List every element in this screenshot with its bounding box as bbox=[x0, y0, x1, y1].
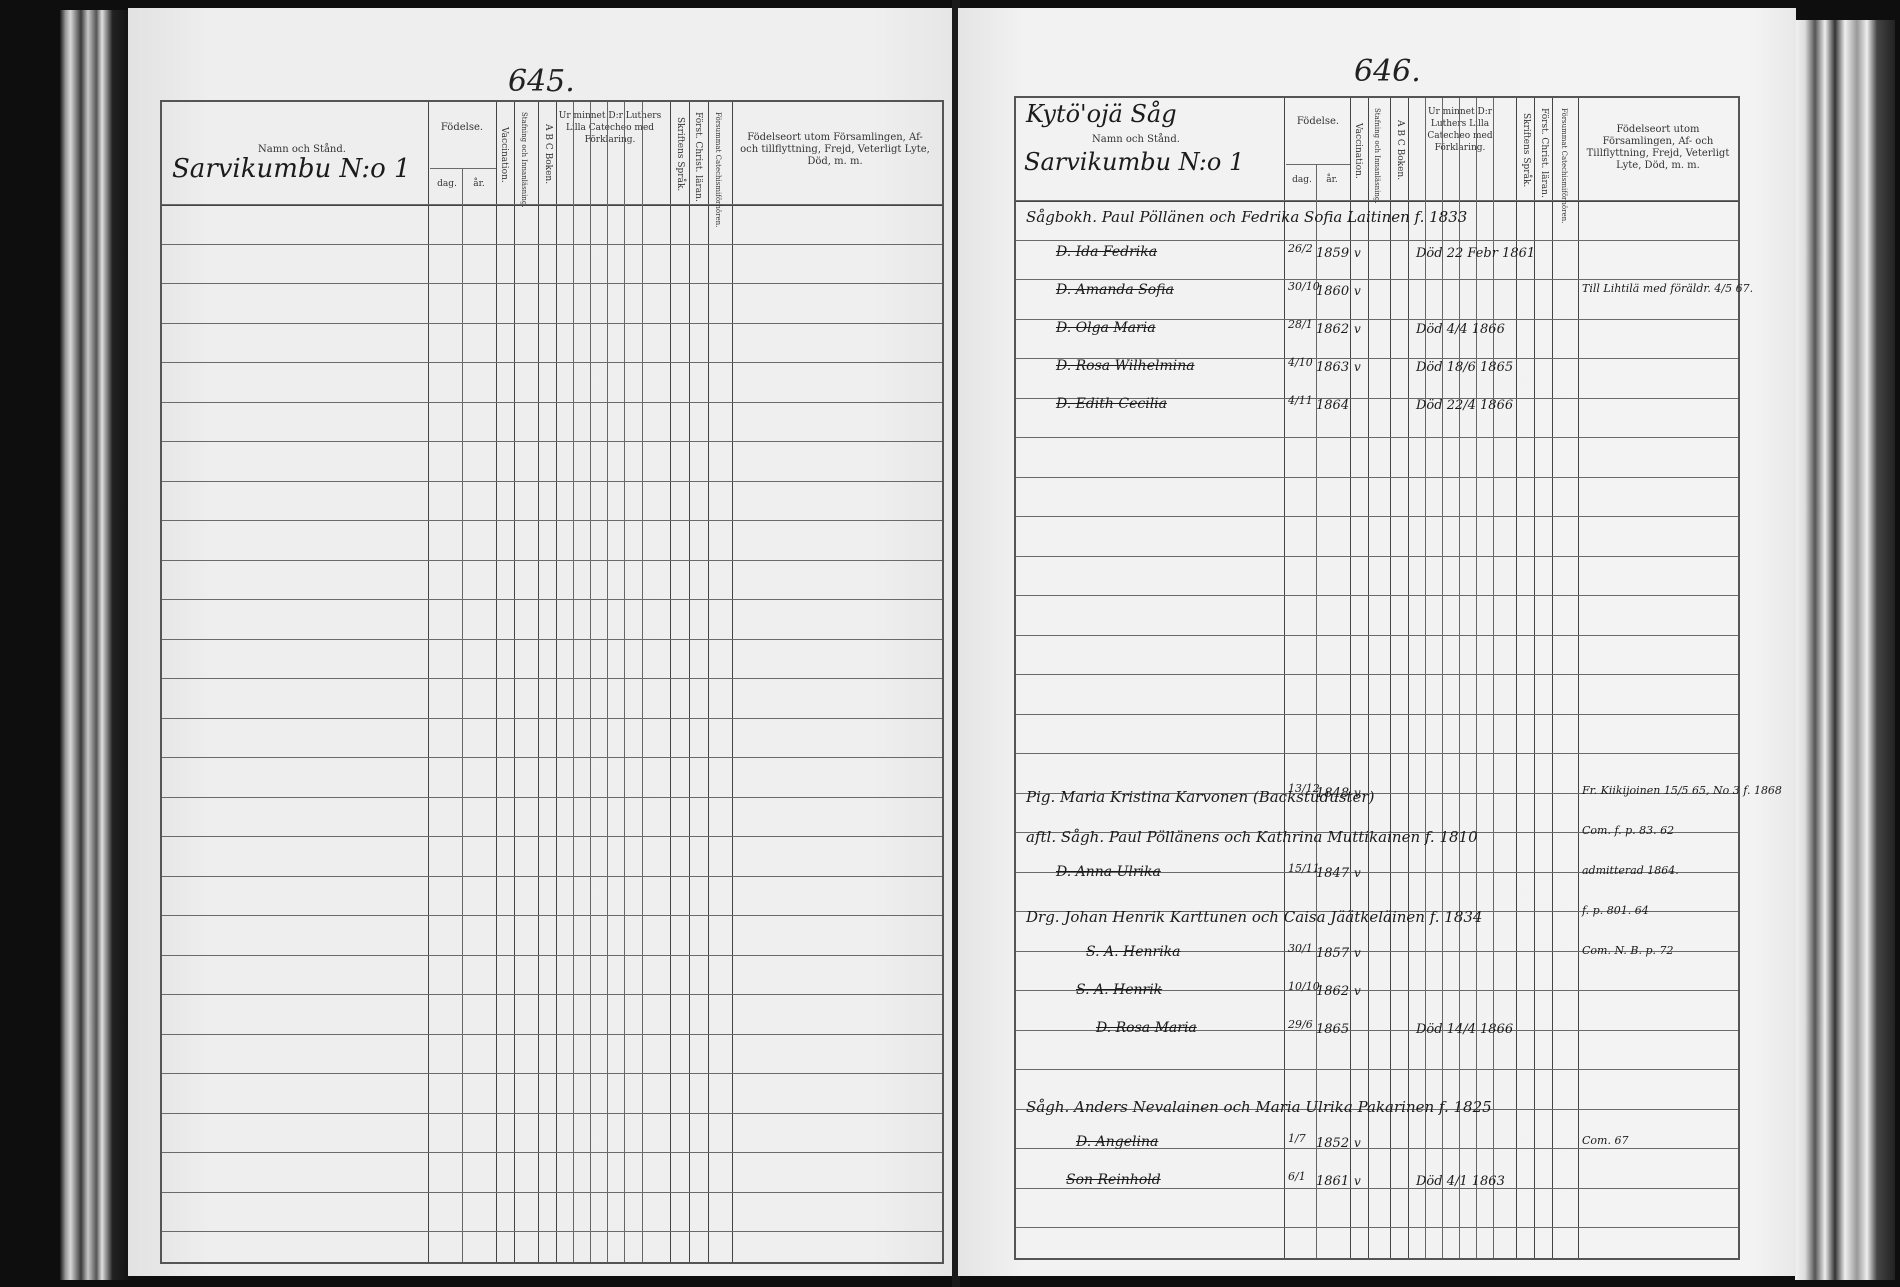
entry-birth-year: 1857 bbox=[1316, 946, 1349, 961]
entry-birth-year: 1862 bbox=[1316, 984, 1349, 999]
ruled-line bbox=[162, 204, 942, 205]
ruled-line bbox=[162, 1113, 942, 1114]
entry-name: D. Olga Maria bbox=[1056, 320, 1156, 336]
entry-birth-day: 26/2 bbox=[1288, 242, 1313, 255]
entry-vaccination: v bbox=[1354, 984, 1361, 998]
header-birth-day: dag. bbox=[1288, 174, 1316, 186]
ruled-line bbox=[162, 639, 942, 640]
entry-name: D. Edith Cecilia bbox=[1056, 396, 1167, 412]
ruled-line bbox=[162, 876, 942, 877]
household-heading: Sarvikumbu N:o 1 bbox=[172, 154, 411, 184]
header-missed: Försummat Catechismiförhören. bbox=[1558, 108, 1570, 193]
ruled-line bbox=[1016, 516, 1738, 517]
ruled-line bbox=[162, 520, 942, 521]
entry-remarks: f. p. 801. 64 bbox=[1582, 904, 1649, 917]
header-birth: Födelse. bbox=[1288, 116, 1348, 128]
ruled-line bbox=[162, 1073, 942, 1074]
header-birth: Födelse. bbox=[432, 122, 492, 134]
entry-name: S. A. Henrik bbox=[1076, 982, 1162, 998]
header-vaccination: Vaccination. bbox=[1352, 108, 1364, 193]
ruled-line bbox=[162, 797, 942, 798]
ruled-line bbox=[162, 560, 942, 561]
ruled-line bbox=[1016, 200, 1738, 201]
ruled-line bbox=[162, 323, 942, 324]
entry-vaccination: v bbox=[1354, 1136, 1361, 1150]
ruled-line bbox=[162, 441, 942, 442]
entry-vaccination: v bbox=[1354, 946, 1361, 960]
ruled-line bbox=[162, 362, 942, 363]
entry-birth-year: 1862 bbox=[1316, 322, 1349, 337]
entry-remarks: Fr. Kiikijoinen 15/5 65, No 3 f. 1868 bbox=[1582, 784, 1782, 797]
page-number: 645. bbox=[508, 64, 575, 99]
entry-remarks: Com. N. B. p. 72 bbox=[1582, 944, 1674, 957]
header-reading: Stafning och Innanläsning. bbox=[518, 112, 530, 197]
ruled-line bbox=[1016, 556, 1738, 557]
ruled-line bbox=[1016, 240, 1738, 241]
entry-name: D. Amanda Sofia bbox=[1056, 282, 1174, 298]
page-number: 646. bbox=[1354, 54, 1421, 89]
entry-vaccination: v bbox=[1354, 866, 1361, 880]
ruled-line bbox=[1016, 279, 1738, 280]
ruled-line bbox=[162, 955, 942, 956]
household-heading: Sarvikumbu N:o 1 bbox=[1024, 148, 1244, 176]
ruled-line bbox=[1016, 595, 1738, 596]
entry-vaccination: v bbox=[1354, 246, 1361, 260]
ruled-line bbox=[1016, 1227, 1738, 1228]
entry-birth-year: 1852 bbox=[1316, 1136, 1349, 1151]
left-page: 645. Namn och Stånd. Födelse. dag. år. V… bbox=[128, 8, 954, 1276]
entry-birth-year: 1860 bbox=[1316, 284, 1349, 299]
entry-name: D. Angelina bbox=[1076, 1134, 1158, 1150]
header-christian: Först. Christ. läran. bbox=[1538, 108, 1550, 193]
entry-vaccination: v bbox=[1354, 786, 1361, 800]
ruled-line bbox=[1016, 674, 1738, 675]
entry-birth-day: 30/1 bbox=[1288, 942, 1313, 955]
header-name: Namn och Stånd. bbox=[1056, 134, 1216, 146]
header-abc: A B C Boken. bbox=[542, 112, 554, 197]
entry-birth-day: 6/1 bbox=[1288, 1170, 1306, 1183]
entry-name: Son Reinhold bbox=[1066, 1172, 1161, 1188]
entry-notes: Död 4/1 1863 bbox=[1416, 1174, 1505, 1189]
entry-birth-day: 30/10 bbox=[1288, 280, 1320, 293]
entry-name: D. Anna Ulrika bbox=[1056, 864, 1161, 880]
ruled-line bbox=[162, 678, 942, 679]
entry-birth-year: 1859 bbox=[1316, 246, 1349, 261]
book-edge-right bbox=[1795, 20, 1895, 1280]
ruled-line bbox=[162, 599, 942, 600]
ruled-line bbox=[1016, 714, 1738, 715]
entry-birth-day: 10/10 bbox=[1288, 980, 1320, 993]
ruled-line bbox=[162, 915, 942, 916]
ruled-line bbox=[162, 757, 942, 758]
header-reading: Stafning och Innanläsning. bbox=[1371, 108, 1383, 193]
entry-vaccination: v bbox=[1354, 1174, 1361, 1188]
birth-subheader-line bbox=[1286, 164, 1350, 165]
entry-notes: Död 22 Febr 1861 bbox=[1416, 246, 1535, 261]
entry-birth-year: 1863 bbox=[1316, 360, 1349, 375]
ruled-line bbox=[162, 402, 942, 403]
entry-remarks: Com. f. p. 83. 62 bbox=[1582, 824, 1674, 837]
entry-notes: Död 14/4 1866 bbox=[1416, 1022, 1513, 1037]
ruled-line bbox=[162, 244, 942, 245]
ruled-line bbox=[1016, 1069, 1738, 1070]
header-christian: Först. Christ. läran. bbox=[692, 112, 704, 197]
header-abc: A B C Boken. bbox=[1394, 108, 1406, 193]
header-scripture: Skriftens Språk. bbox=[674, 112, 686, 197]
ruled-line bbox=[162, 1152, 942, 1153]
entry-notes: Död 22/4 1866 bbox=[1416, 398, 1513, 413]
entry-birth-year: 1847 bbox=[1316, 866, 1349, 881]
entry-remarks: admitterad 1864. bbox=[1582, 864, 1679, 877]
entry-birth-day: 13/12 bbox=[1288, 782, 1320, 795]
entry-vaccination: v bbox=[1354, 322, 1361, 336]
village-heading: Kytö'ojä Såg bbox=[1026, 100, 1177, 128]
right-page: 646. Kytö'ojä Såg Namn och Stånd. Födels… bbox=[958, 8, 1796, 1276]
entry-birth-year: 1848 bbox=[1316, 786, 1349, 801]
header-birth-year: år. bbox=[464, 178, 494, 190]
entry-name: Sågh. Anders Nevalainen och Maria Ulrika… bbox=[1026, 1098, 1492, 1116]
entry-birth-year: 1864 bbox=[1316, 398, 1349, 413]
entry-name: Drg. Johan Henrik Karttunen och Caisa Jä… bbox=[1026, 908, 1482, 926]
ruled-line bbox=[162, 481, 942, 482]
entry-name: D. Ida Fedrika bbox=[1056, 244, 1157, 260]
entry-remarks: Com. 67 bbox=[1582, 1134, 1628, 1147]
ruled-line bbox=[162, 283, 942, 284]
entry-birth-day: 1/7 bbox=[1288, 1132, 1306, 1145]
ruled-line bbox=[162, 994, 942, 995]
header-missed: Försummat Catechismiförhören. bbox=[712, 112, 724, 197]
header-birth-day: dag. bbox=[432, 178, 462, 190]
entry-notes: Död 4/4 1866 bbox=[1416, 322, 1505, 337]
entry-name: S. A. Henrika bbox=[1086, 944, 1181, 960]
ruled-line bbox=[1016, 753, 1738, 754]
entry-vaccination: v bbox=[1354, 284, 1361, 298]
ruled-line bbox=[162, 1034, 942, 1035]
header-remarks: Födelseort utom Församlingen, Af- och ti… bbox=[740, 132, 930, 168]
ledger-grid: Kytö'ojä Såg Namn och Stånd. Födelse. da… bbox=[1014, 96, 1740, 1260]
entry-notes: Död 18/6 1865 bbox=[1416, 360, 1513, 375]
ruled-line bbox=[162, 836, 942, 837]
ruled-line bbox=[1016, 635, 1738, 636]
entry-birth-day: 4/10 bbox=[1288, 356, 1313, 369]
entry-vaccination: v bbox=[1354, 360, 1361, 374]
entry-birth-day: 29/6 bbox=[1288, 1018, 1313, 1031]
header-remarks: Födelseort utom Församlingen, Af- och Ti… bbox=[1582, 124, 1734, 172]
header-scripture: Skriftens Språk. bbox=[1520, 108, 1532, 193]
entry-name: D. Rosa Maria bbox=[1096, 1020, 1197, 1036]
ruled-line bbox=[162, 1231, 942, 1232]
entry-birth-day: 15/11 bbox=[1288, 862, 1320, 875]
birth-subheader-line bbox=[430, 168, 496, 169]
book-edge-left bbox=[60, 10, 130, 1280]
ledger-grid: Namn och Stånd. Födelse. dag. år. Vaccin… bbox=[160, 100, 944, 1264]
header-vaccination: Vaccination. bbox=[498, 112, 510, 197]
entry-birth-year: 1861 bbox=[1316, 1174, 1349, 1189]
entry-name: Sågbokh. Paul Pöllänen och Fedrika Sofia… bbox=[1026, 208, 1467, 226]
header-birth-year: år. bbox=[1318, 174, 1346, 186]
entry-birth-day: 4/11 bbox=[1288, 394, 1313, 407]
entry-name: aftl. Sågh. Paul Pöllänens och Kathrina … bbox=[1026, 828, 1478, 846]
entry-name: D. Rosa Wilhelmina bbox=[1056, 358, 1195, 374]
ruled-line bbox=[1016, 437, 1738, 438]
ruled-line bbox=[162, 718, 942, 719]
ruled-line bbox=[162, 1192, 942, 1193]
ruled-line bbox=[1016, 477, 1738, 478]
entry-remarks: Till Lihtilä med föräldr. 4/5 67. bbox=[1582, 282, 1753, 295]
entry-birth-day: 28/1 bbox=[1288, 318, 1313, 331]
entry-birth-year: 1865 bbox=[1316, 1022, 1349, 1037]
